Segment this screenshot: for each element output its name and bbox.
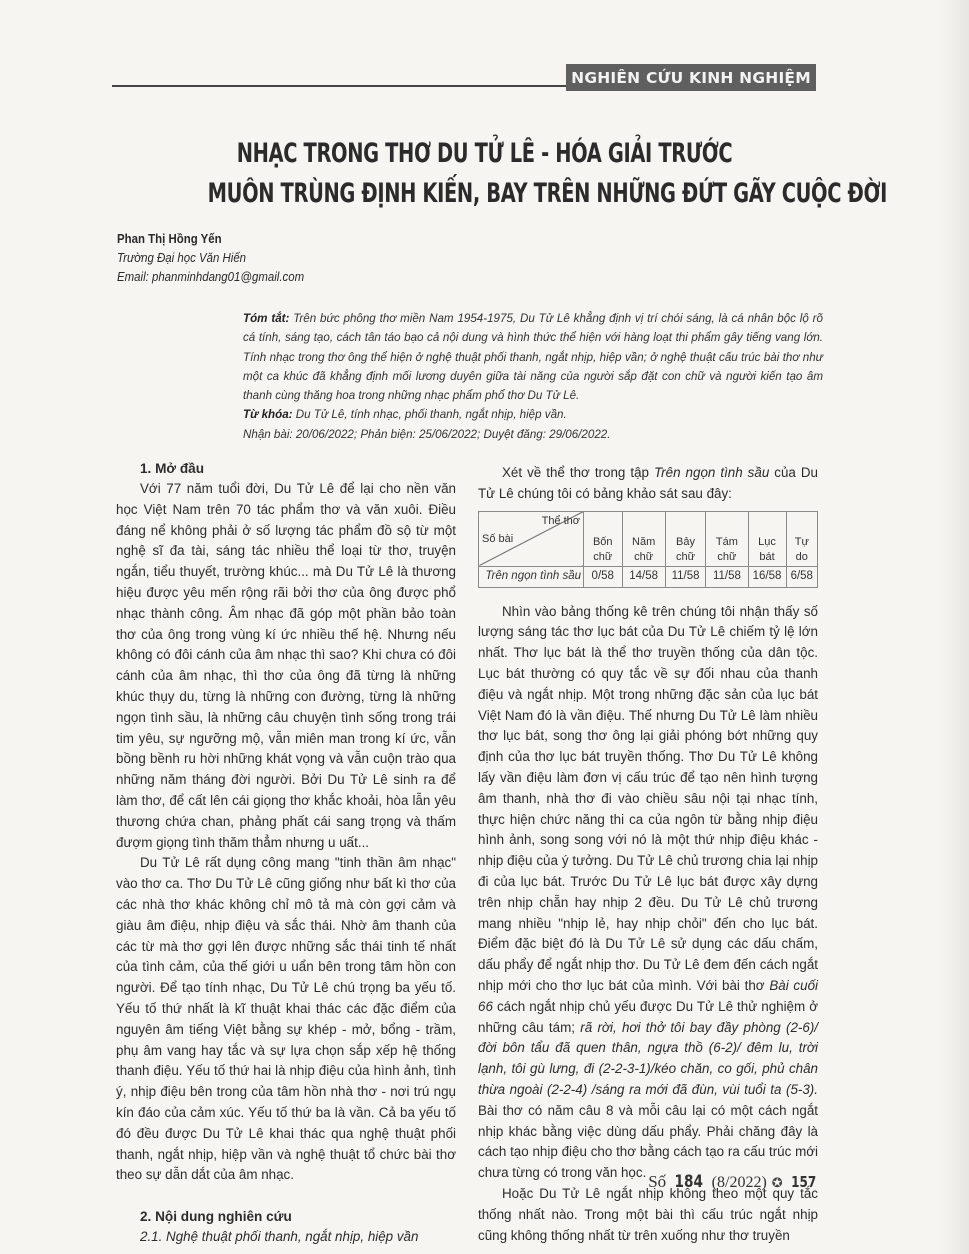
intro-paragraph-1: Với 77 năm tuổi đời, Du Tử Lê để lại cho… [116, 479, 456, 853]
row-label: Trên ngọn tình sầu [479, 566, 584, 587]
summary-label: Tóm tắt: [243, 312, 289, 325]
table-cell: 14/58 [622, 566, 665, 587]
keywords-label: Từ khóa: [243, 408, 293, 421]
section-1-heading: 1. Mở đầu [140, 459, 456, 479]
author-block: Phan Thị Hồng Yến Trường Đại học Văn Hiế… [117, 229, 330, 286]
column-header: Tám chữ [706, 511, 748, 566]
star-separator-icon: ✪ [772, 1175, 783, 1191]
left-column: 1. Mở đầu Với 77 năm tuổi đời, Du Tử Lê … [116, 459, 456, 1247]
issue-number: 184 [675, 1172, 703, 1192]
text: Nhìn vào bảng thống kê trên chúng tôi nh… [478, 604, 818, 993]
abstract-dates: Nhận bài: 20/06/2022; Phản biện: 25/06/2… [243, 425, 823, 444]
analysis-paragraph-1: Nhìn vào bảng thống kê trên chúng tôi nh… [478, 602, 818, 1184]
right-column: Xét về thể thơ trong tập Trên ngọn tình … [478, 463, 818, 1246]
spacer [116, 1186, 456, 1207]
abstract-keywords: Từ khóa: Du Tử Lê, tính nhạc, phối thanh… [243, 405, 823, 424]
article-title-line-1: NHẠC TRONG THƠ DU TỬ LÊ - HÓA GIẢI TRƯỚC [208, 138, 762, 169]
header-rule [112, 85, 567, 87]
table-header-row: Thể thơ Số bài Bốn chữ Năm chữ Bảy chữ T… [479, 511, 818, 566]
text: Bài thơ có năm câu 8 và mỗi câu lại có m… [478, 1103, 818, 1180]
section-2-1-subheading: 2.1. Nghệ thuật phối thanh, ngắt nhịp, h… [140, 1227, 456, 1247]
table-cell: 0/58 [584, 566, 623, 587]
column-header: Tự do [786, 511, 817, 566]
section-tag: NGHIÊN CỨU KINH NGHIỆM [566, 64, 816, 91]
corner-top-label: Thể thơ [542, 514, 580, 529]
table-corner-cell: Thể thơ Số bài [479, 511, 584, 566]
abstract-summary: Tóm tắt: Trên bức phông thơ miền Nam 195… [243, 309, 823, 405]
corner-bottom-label: Số bài [482, 532, 513, 547]
author-name: Phan Thị Hồng Yến [117, 229, 304, 248]
keywords-text: Du Tử Lê, tính nhạc, phối thanh, ngắt nh… [293, 408, 567, 421]
summary-text: Trên bức phông thơ miền Nam 1954-1975, D… [243, 312, 823, 402]
survey-table: Thể thơ Số bài Bốn chữ Năm chữ Bảy chữ T… [478, 511, 818, 588]
section-2-heading: 2. Nội dung nghiên cứu [140, 1207, 456, 1227]
page-number: 157 [791, 1173, 816, 1191]
author-email: Email: phanminhdang01@gmail.com [117, 267, 304, 286]
article-title-line-2: MUÔN TRÙNG ĐỊNH KIẾN, BAY TRÊN NHỮNG ĐỨT… [208, 178, 762, 209]
column-header: Bốn chữ [584, 511, 623, 566]
analysis-paragraph-2: Hoặc Du Tử Lê ngắt nhịp không theo một q… [478, 1184, 818, 1246]
table-cell: 11/58 [665, 566, 705, 587]
intro-paragraph-2: Du Tử Lê rất dụng công mang "tinh thần â… [116, 853, 456, 1186]
table-cell: 11/58 [706, 566, 748, 587]
column-header: Năm chữ [622, 511, 665, 566]
issue-prefix: Số [648, 1172, 666, 1192]
issue-date: (8/2022) [712, 1174, 767, 1192]
collection-title: Trên ngọn tình sầu [654, 465, 769, 480]
column-header: Lục bát [748, 511, 786, 566]
abstract: Tóm tắt: Trên bức phông thơ miền Nam 195… [243, 309, 823, 444]
table-intro: Xét về thể thơ trong tập Trên ngọn tình … [478, 463, 818, 505]
table-cell: 6/58 [786, 566, 817, 587]
author-affiliation: Trường Đại học Văn Hiến [117, 248, 304, 267]
table-cell: 16/58 [748, 566, 786, 587]
page-edge-shadow [939, 0, 969, 1254]
intro-text: Xét về thể thơ trong tập [502, 465, 654, 480]
column-header: Bảy chữ [665, 511, 705, 566]
table-row: Trên ngọn tình sầu 0/58 14/58 11/58 11/5… [479, 566, 818, 587]
page-footer: Số 184 (8/2022) ✪ 157 [648, 1172, 819, 1192]
